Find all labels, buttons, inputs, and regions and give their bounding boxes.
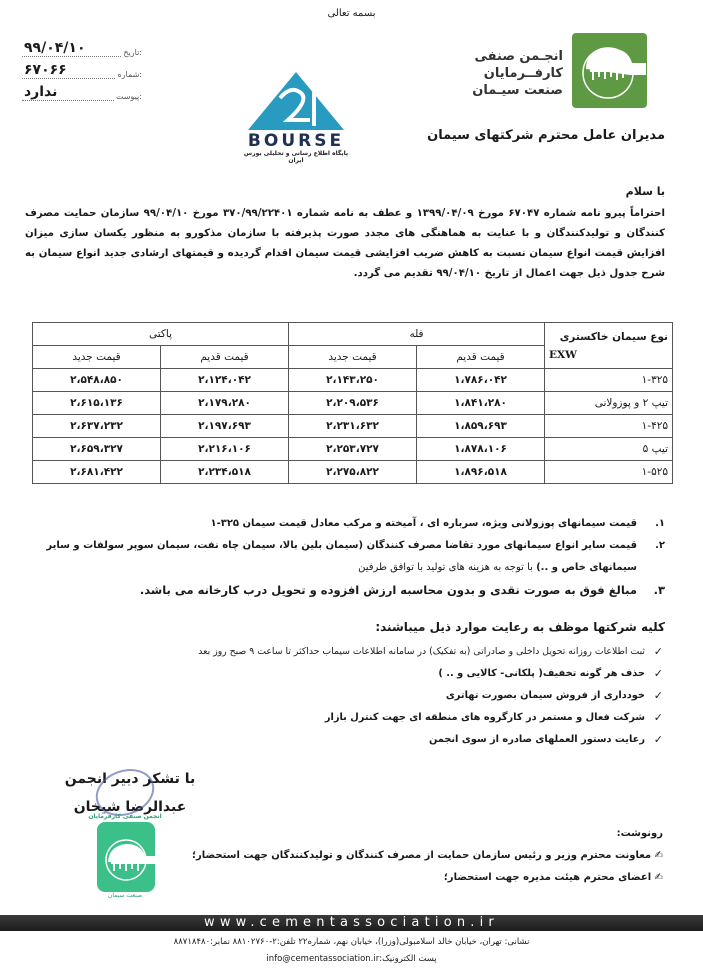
- cement-type: ۱-۳۲۵: [545, 369, 673, 392]
- table-group-header-row: نوع سیمان خاکستری EXW فله پاکتی: [33, 323, 673, 346]
- packed-new-price: ۲،۶۱۵،۱۳۶: [33, 392, 161, 415]
- stamp-number: ۱۳۷۲: [120, 843, 133, 850]
- pen-icon: ✍: [655, 850, 663, 861]
- price-table: نوع سیمان خاکستری EXW فله پاکتی قیمت قدی…: [32, 322, 673, 484]
- association-logo-icon: [572, 33, 647, 108]
- packed-old-price: ۲،۱۹۷،۶۹۳: [161, 415, 289, 438]
- obligation-text: حذف هر گونه تخفیف( پلکانی- کالایی و .. ): [438, 668, 645, 679]
- notes-list: ۱. قیمت سیمانهای پوزولانی ویژه، سرباره ا…: [20, 513, 665, 601]
- packed-old-price: ۲،۲۱۶،۱۰۶: [161, 438, 289, 461]
- note-text-wrapper: قیمت سایر انواع سیمانهای مورد تقاضا مصرف…: [20, 535, 637, 579]
- table-row: تیپ ۲ و پوزولانی ۱،۸۴۱،۲۸۰ ۲،۲۰۹،۵۳۶ ۲،۱…: [33, 392, 673, 415]
- obligations-list: ✓ ثبت اطلاعات روزانه تحویل داخلی و صادرا…: [23, 640, 663, 750]
- packed-new-price: ۲،۵۴۸،۸۵۰: [33, 369, 161, 392]
- table-row: ۱-۴۲۵ ۱،۸۵۹،۶۹۳ ۲،۲۳۱،۶۳۲ ۲،۱۹۷،۶۹۳ ۲،۶۳…: [33, 415, 673, 438]
- note-text: قیمت سیمانهای پوزولانی ویژه، سرباره ای ،…: [20, 513, 637, 535]
- date-row: تاریخ: ۹۹/۰۴/۱۰: [22, 35, 142, 57]
- cement-type-header: نوع سیمان خاکستری EXW: [545, 323, 673, 369]
- packed-old-price: ۲،۱۲۴،۰۴۲: [161, 369, 289, 392]
- table-row: تیپ ۵ ۱،۸۷۸،۱۰۶ ۲،۲۵۳،۷۲۷ ۲،۲۱۶،۱۰۶ ۲،۶۵…: [33, 438, 673, 461]
- association-stamp-icon: [97, 822, 155, 892]
- association-name: انجـمن صنفی کارفــرمایان صنعت سیـمان: [443, 48, 563, 99]
- cc-item: ✍ اعضای محترم هیئت مدیره جهت استحضار؛: [444, 872, 663, 883]
- packed-old-price-header: قیمت قدیم: [161, 346, 289, 369]
- number-label: شماره:: [117, 70, 142, 79]
- bulk-old-price: ۱،۸۷۸،۱۰۶: [417, 438, 545, 461]
- bulk-group-header: فله: [289, 323, 545, 346]
- bourse-word: BOURSE: [244, 131, 348, 151]
- checkmark-icon: ✓: [645, 645, 663, 658]
- bulk-old-price: ۱،۷۸۶،۰۴۲: [417, 369, 545, 392]
- bismillah: بسمه تعالی: [0, 8, 703, 19]
- cc-title: رونوشت:: [617, 828, 663, 839]
- footer-address: نشانی: تهران، خیابان خالد اسلامبولی(وزرا…: [0, 937, 703, 947]
- note-text-normal: با توجه به هزینه های تولید با توافق طرفی…: [358, 562, 536, 573]
- email-address: info@cementassociation.ir: [266, 954, 379, 964]
- packed-new-price: ۲،۶۵۹،۳۲۷: [33, 438, 161, 461]
- bulk-old-price-header: قیمت قدیم: [417, 346, 545, 369]
- association-name-line-2: کارفــرمایان: [443, 65, 563, 82]
- note-text: قیمت سایر انواع سیمانهای مورد تقاضا مصرف…: [46, 540, 637, 573]
- obligation-text: شرکت فعال و مستمر در کارگروه های منطقه ا…: [325, 712, 645, 723]
- packed-old-price: ۲،۱۷۹،۲۸۰: [161, 392, 289, 415]
- checkmark-icon: ✓: [645, 733, 663, 746]
- pen-icon: ✍: [655, 872, 663, 883]
- obligation-text: ثبت اطلاعات روزانه تحویل داخلی و صادراتی…: [198, 646, 645, 657]
- obligation-item: ✓ ثبت اطلاعات روزانه تحویل داخلی و صادرا…: [23, 640, 663, 662]
- date-value: ۹۹/۰۴/۱۰: [22, 40, 121, 57]
- bulk-new-price: ۲،۲۰۹،۵۳۶: [289, 392, 417, 415]
- bulk-old-price: ۱،۸۹۶،۵۱۸: [417, 461, 545, 484]
- checkmark-icon: ✓: [645, 667, 663, 680]
- checkmark-icon: ✓: [645, 689, 663, 702]
- attachment-label: پیوست:: [116, 92, 142, 101]
- attachment-value: ندارد: [22, 84, 114, 101]
- salutation: با سلام: [626, 185, 665, 198]
- packed-new-price-header: قیمت جدید: [33, 346, 161, 369]
- obligation-item: ✓ رعایت دستور العملهای صادره از سوی انجم…: [23, 728, 663, 750]
- email-label: پست الکترونیک:: [379, 954, 436, 964]
- association-name-line-1: انجـمن صنفی: [443, 48, 563, 65]
- obligation-item: ✓ حذف هر گونه تخفیف( پلکانی- کالایی و ..…: [23, 662, 663, 684]
- packed-group-header: پاکتی: [33, 323, 289, 346]
- packed-old-price: ۲،۲۳۴،۵۱۸: [161, 461, 289, 484]
- obligation-item: ✓ خودداری از فروش سیمان بصورت تهاتری: [23, 684, 663, 706]
- bourse-logo: BOURSE پایگاه اطلاع رسانی و تحلیلی بورس …: [240, 70, 352, 160]
- cc-text: معاونت محترم وزیر و رئیس سازمان حمایت از…: [192, 850, 651, 861]
- letter-meta: تاریخ: ۹۹/۰۴/۱۰ شماره: ۶۷۰۶۶ پیوست: ندار…: [22, 35, 142, 101]
- note-item: ۲. قیمت سایر انواع سیمانهای مورد تقاضا م…: [20, 535, 665, 579]
- note-number: ۱.: [637, 513, 665, 535]
- stamp-top-text: انجمن صنفی کارفرمایان: [80, 813, 170, 820]
- footer-website: www.cementassociation.ir: [0, 915, 703, 931]
- packed-new-price: ۲،۶۳۷،۲۳۲: [33, 415, 161, 438]
- cement-type: ۱-۴۲۵: [545, 415, 673, 438]
- obligation-text: خودداری از فروش سیمان بصورت تهاتری: [446, 690, 645, 701]
- cement-type: ۱-۵۲۵: [545, 461, 673, 484]
- table-row: ۱-۳۲۵ ۱،۷۸۶،۰۴۲ ۲،۱۴۳،۲۵۰ ۲،۱۲۴،۰۴۲ ۲،۵۴…: [33, 369, 673, 392]
- number-value: ۶۷۰۶۶: [22, 62, 115, 79]
- bulk-old-price: ۱،۸۵۹،۶۹۳: [417, 415, 545, 438]
- cement-type: تیپ ۵: [545, 438, 673, 461]
- cc-text: اعضای محترم هیئت مدیره جهت استحضار؛: [444, 872, 651, 883]
- note-number: ۳.: [637, 579, 665, 601]
- bulk-old-price: ۱،۸۴۱،۲۸۰: [417, 392, 545, 415]
- obligations-title: کلیه شرکتها موظف به رعایت موارد ذیل میبا…: [375, 620, 665, 634]
- obligation-text: رعایت دستور العملهای صادره از سوی انجمن: [429, 734, 645, 745]
- bulk-new-price: ۲،۲۵۳،۷۲۷: [289, 438, 417, 461]
- cement-type: تیپ ۲ و پوزولانی: [545, 392, 673, 415]
- cc-item: ✍ معاونت محترم وزیر و رئیس سازمان حمایت …: [192, 850, 663, 861]
- bulk-new-price: ۲،۲۷۵،۸۲۲: [289, 461, 417, 484]
- note-item: ۱. قیمت سیمانهای پوزولانی ویژه، سرباره ا…: [20, 513, 665, 535]
- cement-type-header-line1: نوع سیمان خاکستری: [549, 331, 668, 343]
- footer-email-line: پست الکترونیک:info@cementassociation.ir: [0, 954, 703, 964]
- obligation-item: ✓ شرکت فعال و مستمر در کارگروه های منطقه…: [23, 706, 663, 728]
- packed-new-price: ۲،۶۸۱،۴۲۲: [33, 461, 161, 484]
- date-label: تاریخ:: [123, 48, 142, 57]
- bourse-subtitle: پایگاه اطلاع رسانی و تحلیلی بورس ایران: [240, 150, 352, 164]
- note-text: مبالغ فوق به صورت نقدی و بدون محاسبه ارز…: [20, 579, 637, 601]
- bulk-new-price-header: قیمت جدید: [289, 346, 417, 369]
- intro-paragraph: احتراماً پیرو نامه شماره ۶۷۰۴۷ مورخ ۱۳۹۹…: [25, 204, 665, 284]
- table-row: ۱-۵۲۵ ۱،۸۹۶،۵۱۸ ۲،۲۷۵،۸۲۲ ۲،۲۳۴،۵۱۸ ۲،۶۸…: [33, 461, 673, 484]
- stamp-bottom-text: صنعت سیمان: [95, 892, 155, 899]
- bulk-new-price: ۲،۱۴۳،۲۵۰: [289, 369, 417, 392]
- association-name-line-3: صنعت سیـمان: [443, 82, 563, 99]
- note-number: ۲.: [637, 535, 665, 579]
- bulk-new-price: ۲،۲۳۱،۶۳۲: [289, 415, 417, 438]
- bourse-triangle-icon: [240, 70, 352, 132]
- attachment-row: پیوست: ندارد: [22, 79, 142, 101]
- addressee: مدیران عامل محترم شرکتهای سیمان: [427, 128, 665, 143]
- note-item: ۳. مبالغ فوق به صورت نقدی و بدون محاسبه …: [20, 579, 665, 601]
- number-row: شماره: ۶۷۰۶۶: [22, 57, 142, 79]
- checkmark-icon: ✓: [645, 711, 663, 724]
- exw-label: EXW: [549, 349, 668, 361]
